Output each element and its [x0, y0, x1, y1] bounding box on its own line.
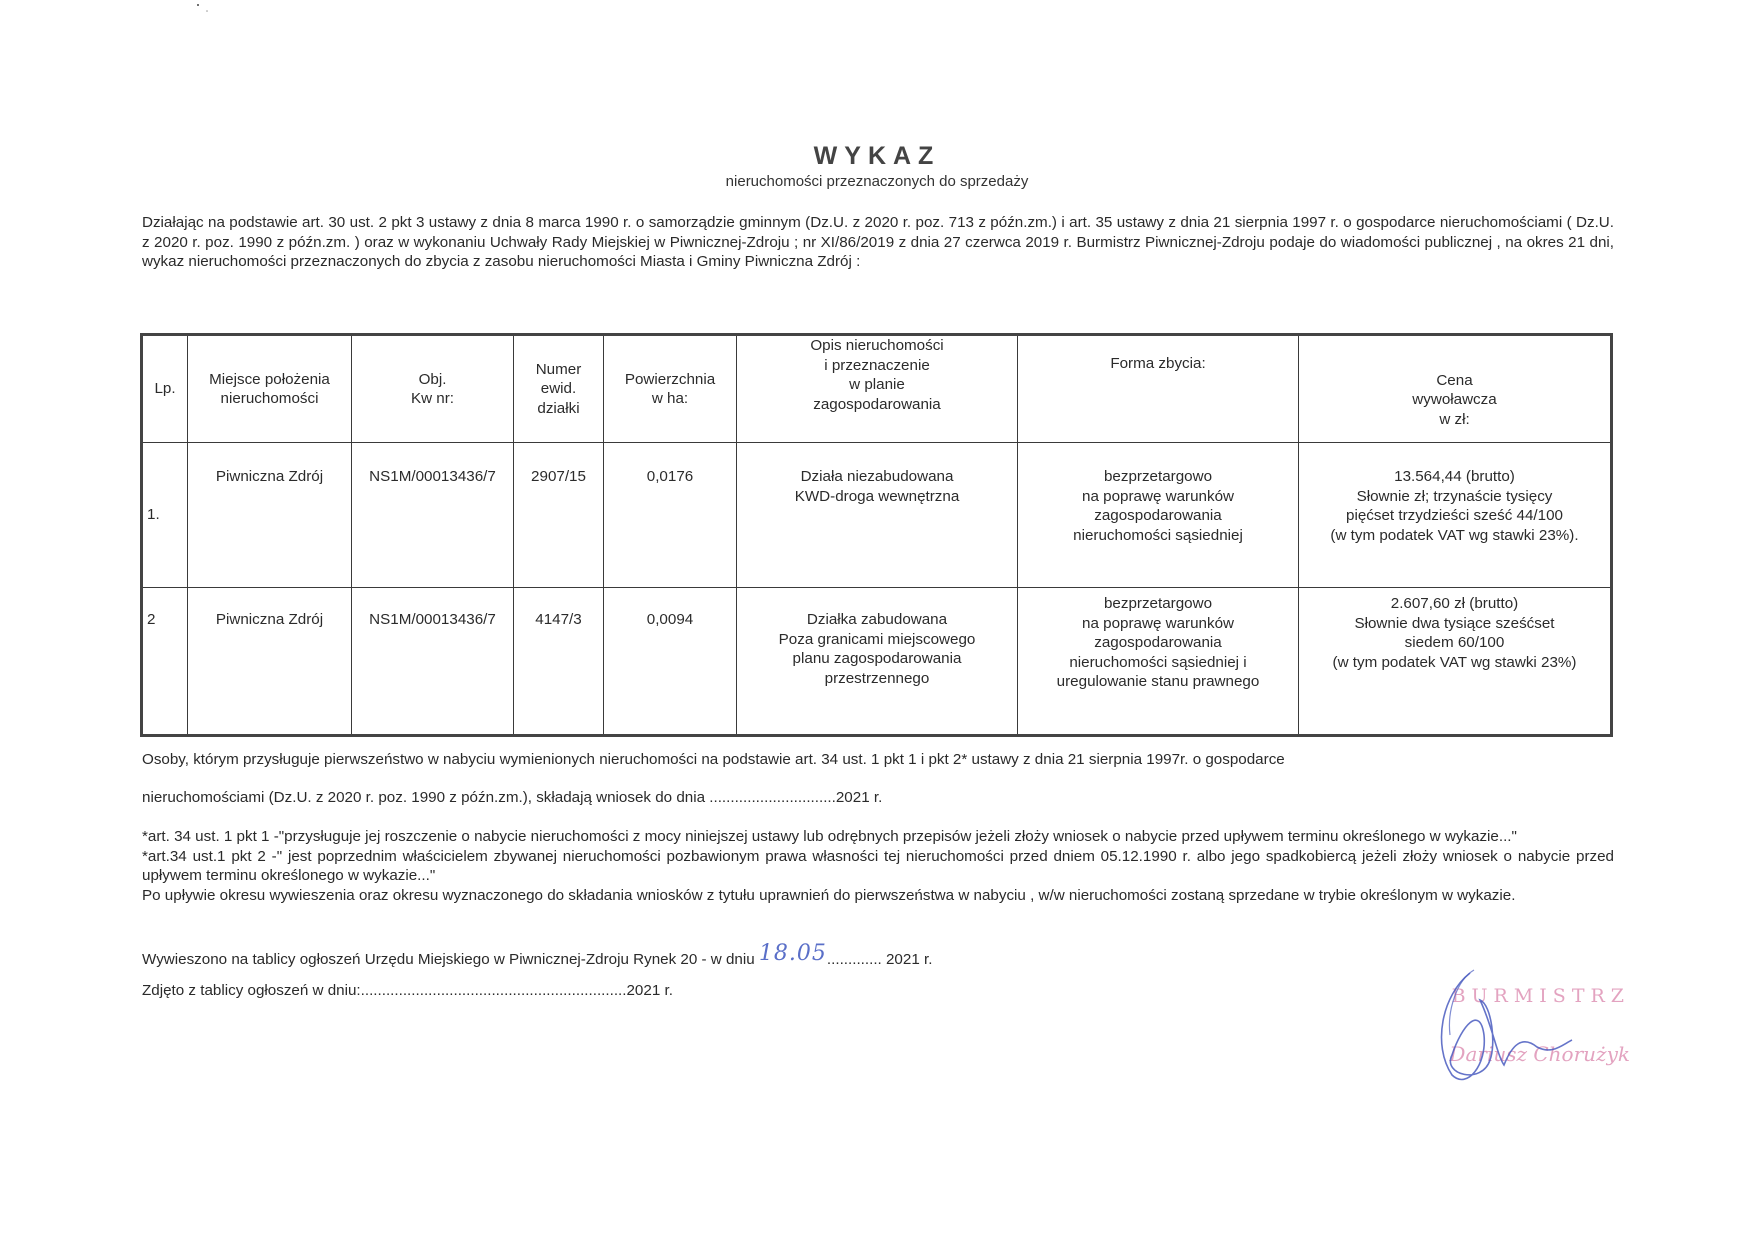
- col-header-parcel-number: Numerewid.działki: [514, 335, 604, 443]
- table-header-row: Lp. Miejsce położenianieruchomości Obj.K…: [142, 335, 1612, 443]
- legal-notes: *art. 34 ust. 1 pkt 1 -"przysługuje jej …: [142, 827, 1614, 905]
- cell-lp: 1.: [142, 443, 188, 588]
- priority-text-line1: Osoby, którym przysługuje pierwszeństwo …: [142, 751, 1622, 768]
- cell-area: 0,0176: [604, 443, 737, 588]
- cell-disposal-form: bezprzetargowona poprawę warunkówzagospo…: [1018, 588, 1299, 736]
- cell-price: 13.564,44 (brutto)Słownie zł; trzynaście…: [1299, 443, 1612, 588]
- signature-icon: [1412, 965, 1612, 1095]
- col-header-land-register: Obj.Kw nr:: [352, 335, 514, 443]
- note-art34-pkt2: *art.34 ust.1 pkt 2 -" jest poprzednim w…: [142, 847, 1614, 886]
- cell-parcel-number: 2907/15: [514, 443, 604, 588]
- document-title: WYKAZ: [0, 142, 1754, 171]
- cell-description: Działa niezabudowanaKWD-droga wewnętrzna: [737, 443, 1018, 588]
- priority-text-line2: nieruchomościami (Dz.U. z 2020 r. poz. 1…: [142, 789, 882, 806]
- removed-date-line: Zdjęto z tablicy ogłoszeń w dniu:.......…: [142, 982, 673, 999]
- cell-description: Działka zabudowanaPoza granicami miejsco…: [737, 588, 1018, 736]
- scan-speck-icon: [195, 3, 215, 15]
- document-subtitle: nieruchomości przeznaczonych do sprzedaż…: [0, 173, 1754, 190]
- cell-location: Piwniczna Zdrój: [188, 588, 352, 736]
- cell-land-register: NS1M/00013436/7: [352, 443, 514, 588]
- handwritten-date: 18.05: [759, 941, 827, 966]
- mayor-stamp: BURMISTRZ Dariusz Chorużyk: [1420, 985, 1630, 1095]
- cell-disposal-form: bezprzetargowona poprawę warunkówzagospo…: [1018, 443, 1299, 588]
- note-art34-pkt1: *art. 34 ust. 1 pkt 1 -"przysługuje jej …: [142, 827, 1614, 847]
- table-row: 1. Piwniczna Zdrój NS1M/00013436/7 2907/…: [142, 443, 1612, 588]
- col-header-area: Powierzchniaw ha:: [604, 335, 737, 443]
- table-row: 2 Piwniczna Zdrój NS1M/00013436/7 4147/3…: [142, 588, 1612, 736]
- col-header-price: Cenawywoławczaw zł:: [1299, 335, 1612, 443]
- col-header-description: Opis nieruchomościi przeznaczeniew plani…: [737, 335, 1018, 443]
- note-after-period: Po upływie okresu wywieszenia oraz okres…: [142, 886, 1614, 906]
- posted-suffix: ............. 2021 r.: [827, 951, 933, 968]
- col-header-lp: Lp.: [142, 335, 188, 443]
- intro-paragraph: Działając na podstawie art. 30 ust. 2 pk…: [142, 213, 1614, 272]
- posted-prefix: Wywieszono na tablicy ogłoszeń Urzędu Mi…: [142, 951, 759, 968]
- posted-date-line: Wywieszono na tablicy ogłoszeń Urzędu Mi…: [142, 945, 932, 970]
- cell-parcel-number: 4147/3: [514, 588, 604, 736]
- cell-location: Piwniczna Zdrój: [188, 443, 352, 588]
- cell-area: 0,0094: [604, 588, 737, 736]
- intro-text: Działając na podstawie art. 30 ust. 2 pk…: [142, 213, 1614, 272]
- col-header-disposal-form: Forma zbycia:: [1018, 335, 1299, 443]
- cell-land-register: NS1M/00013436/7: [352, 588, 514, 736]
- cell-price: 2.607,60 zł (brutto)Słownie dwa tysiące …: [1299, 588, 1612, 736]
- col-header-location: Miejsce położenianieruchomości: [188, 335, 352, 443]
- cell-lp: 2: [142, 588, 188, 736]
- property-table: Lp. Miejsce położenianieruchomości Obj.K…: [140, 333, 1613, 737]
